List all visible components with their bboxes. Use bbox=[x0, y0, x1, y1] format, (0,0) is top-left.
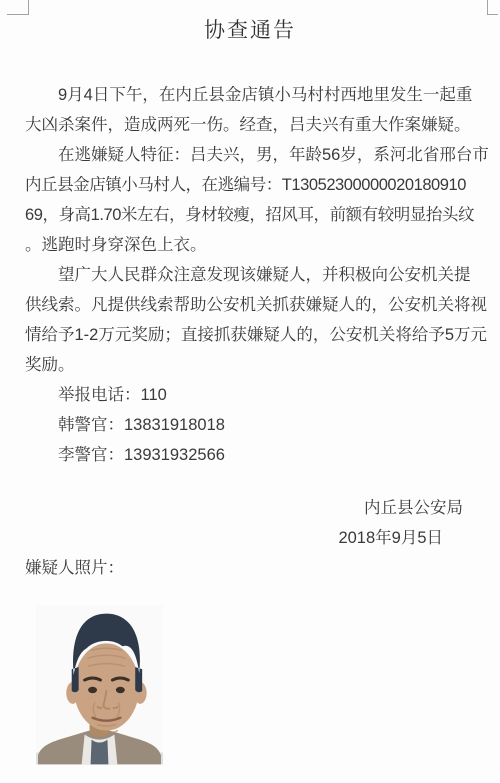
signature-date: 2018年9月5日 bbox=[25, 523, 443, 553]
p2-line-3: 69，身高1.70米左右，身材较瘦，招风耳，前额有较明显抬头纹 bbox=[25, 200, 477, 230]
hotline-line: 举报电话：110 bbox=[25, 380, 477, 410]
p2-line-4: 。逃跑时身穿深色上衣。 bbox=[25, 230, 477, 260]
notice-body: 9月4日下午，在内丘县金店镇小马村村西地里发生一起重 大凶杀案件，造成两死一伤。… bbox=[0, 80, 500, 765]
face-shape bbox=[74, 643, 139, 730]
notice-page: 协查通告 9月4日下午，在内丘县金店镇小马村村西地里发生一起重 大凶杀案件，造成… bbox=[0, 0, 500, 783]
right-eye-shape bbox=[116, 687, 125, 693]
officer-han-line: 韩警官：13831918018 bbox=[25, 410, 477, 440]
p2-line-2: 内丘县金店镇小马村人，在逃编号：T13052300000020180910 bbox=[25, 170, 477, 200]
notice-title: 协查通告 bbox=[0, 12, 500, 50]
p3-line-3: 情给予1-2万元奖励；直接抓获嫌疑人的，公安机关将给予5万元 bbox=[25, 320, 477, 350]
suspect-photo-drawing bbox=[36, 605, 163, 765]
p1-line-1: 9月4日下午，在内丘县金店镇小马村村西地里发生一起重 bbox=[25, 80, 477, 110]
signature-agency: 内丘县公安局 bbox=[25, 493, 463, 523]
p3-line-2: 供线索。凡提供线索帮助公安机关抓获嫌疑人的，公安机关将视 bbox=[25, 290, 477, 320]
margin-corner-mark-right bbox=[487, 0, 498, 15]
signature-block: 内丘县公安局 2018年9月5日 bbox=[25, 493, 477, 553]
suspect-photo-label: 嫌疑人照片： bbox=[25, 553, 477, 583]
p2-line-1: 在逃嫌疑人特征：吕夫兴，男，年龄56岁，系河北省邢台市 bbox=[25, 140, 477, 170]
p1-line-2: 大凶杀案件，造成两死一伤。经查，吕夫兴有重大作案嫌疑。 bbox=[25, 110, 477, 140]
margin-corner-mark-left bbox=[7, 0, 29, 15]
officer-li-line: 李警官：13931932566 bbox=[25, 440, 477, 470]
suspect-photo bbox=[36, 605, 163, 765]
body-text-block: 9月4日下午，在内丘县金店镇小马村村西地里发生一起重 大凶杀案件，造成两死一伤。… bbox=[25, 80, 477, 470]
p3-line-4: 奖励。 bbox=[25, 350, 477, 380]
left-eye-shape bbox=[88, 687, 97, 693]
inner-shirt-shape bbox=[91, 740, 109, 765]
p3-line-1: 望广大人民群众注意发现该嫌疑人，并积极向公安机关提 bbox=[25, 260, 477, 290]
